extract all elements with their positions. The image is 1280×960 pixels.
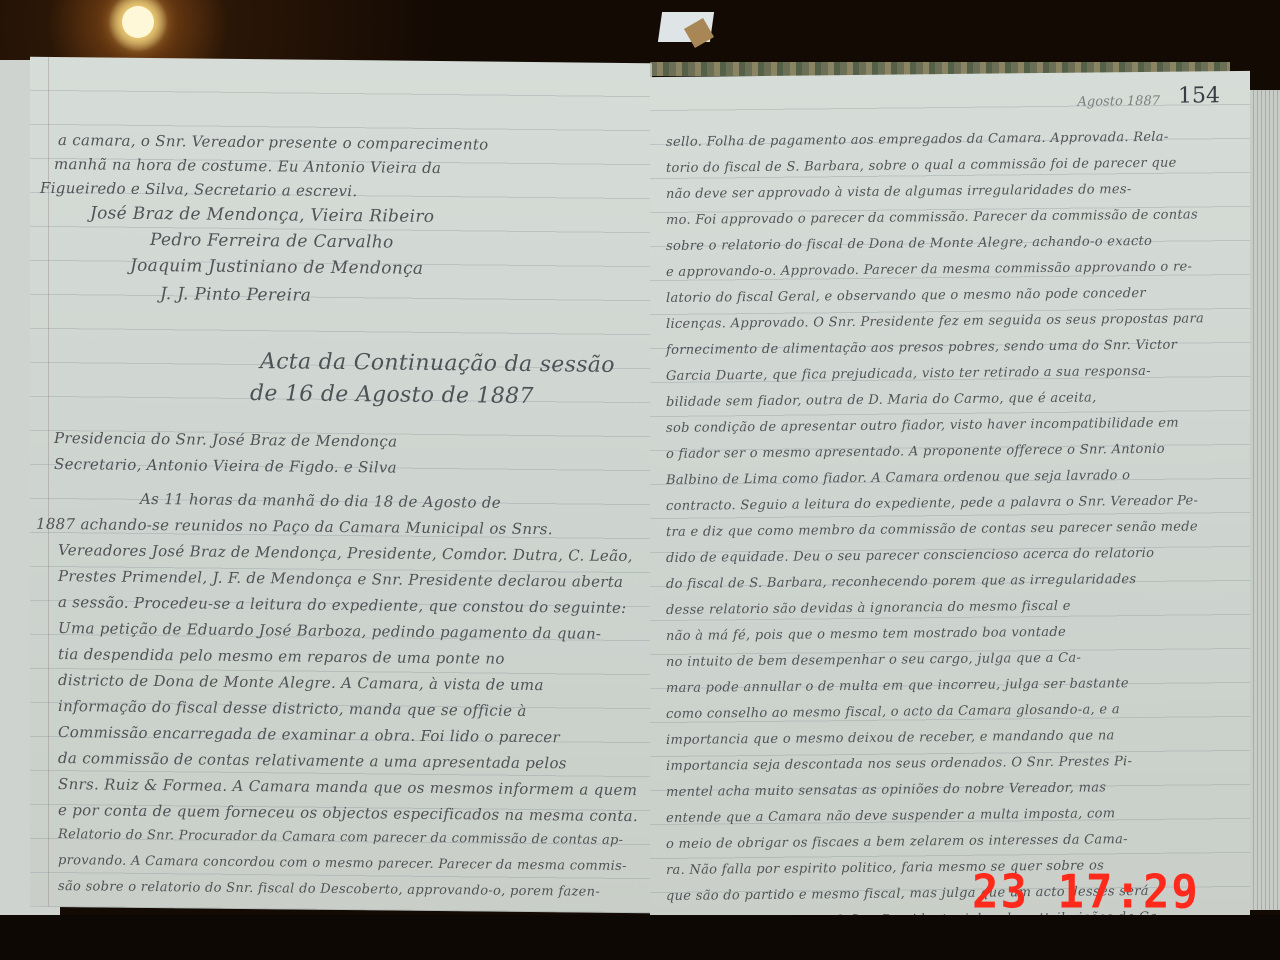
minutes-heading-date: de 16 de Agosto de 1887 xyxy=(250,381,636,410)
minutes-heading: Acta da Continuação da sessão xyxy=(260,349,636,378)
left-page: a camara, o Snr. Vereador presente o com… xyxy=(30,57,652,914)
book-bottom-shadow xyxy=(0,915,1280,960)
page-number: 154 xyxy=(1178,83,1220,108)
right-page: Agosto 1887 154 sello. Folha de pagament… xyxy=(650,71,1250,935)
page-edge-stack xyxy=(1250,90,1280,910)
camera-timestamp: 23 17:29 xyxy=(972,870,1200,916)
lamp-light xyxy=(122,6,154,38)
running-head: Agosto 1887 xyxy=(1078,94,1160,110)
